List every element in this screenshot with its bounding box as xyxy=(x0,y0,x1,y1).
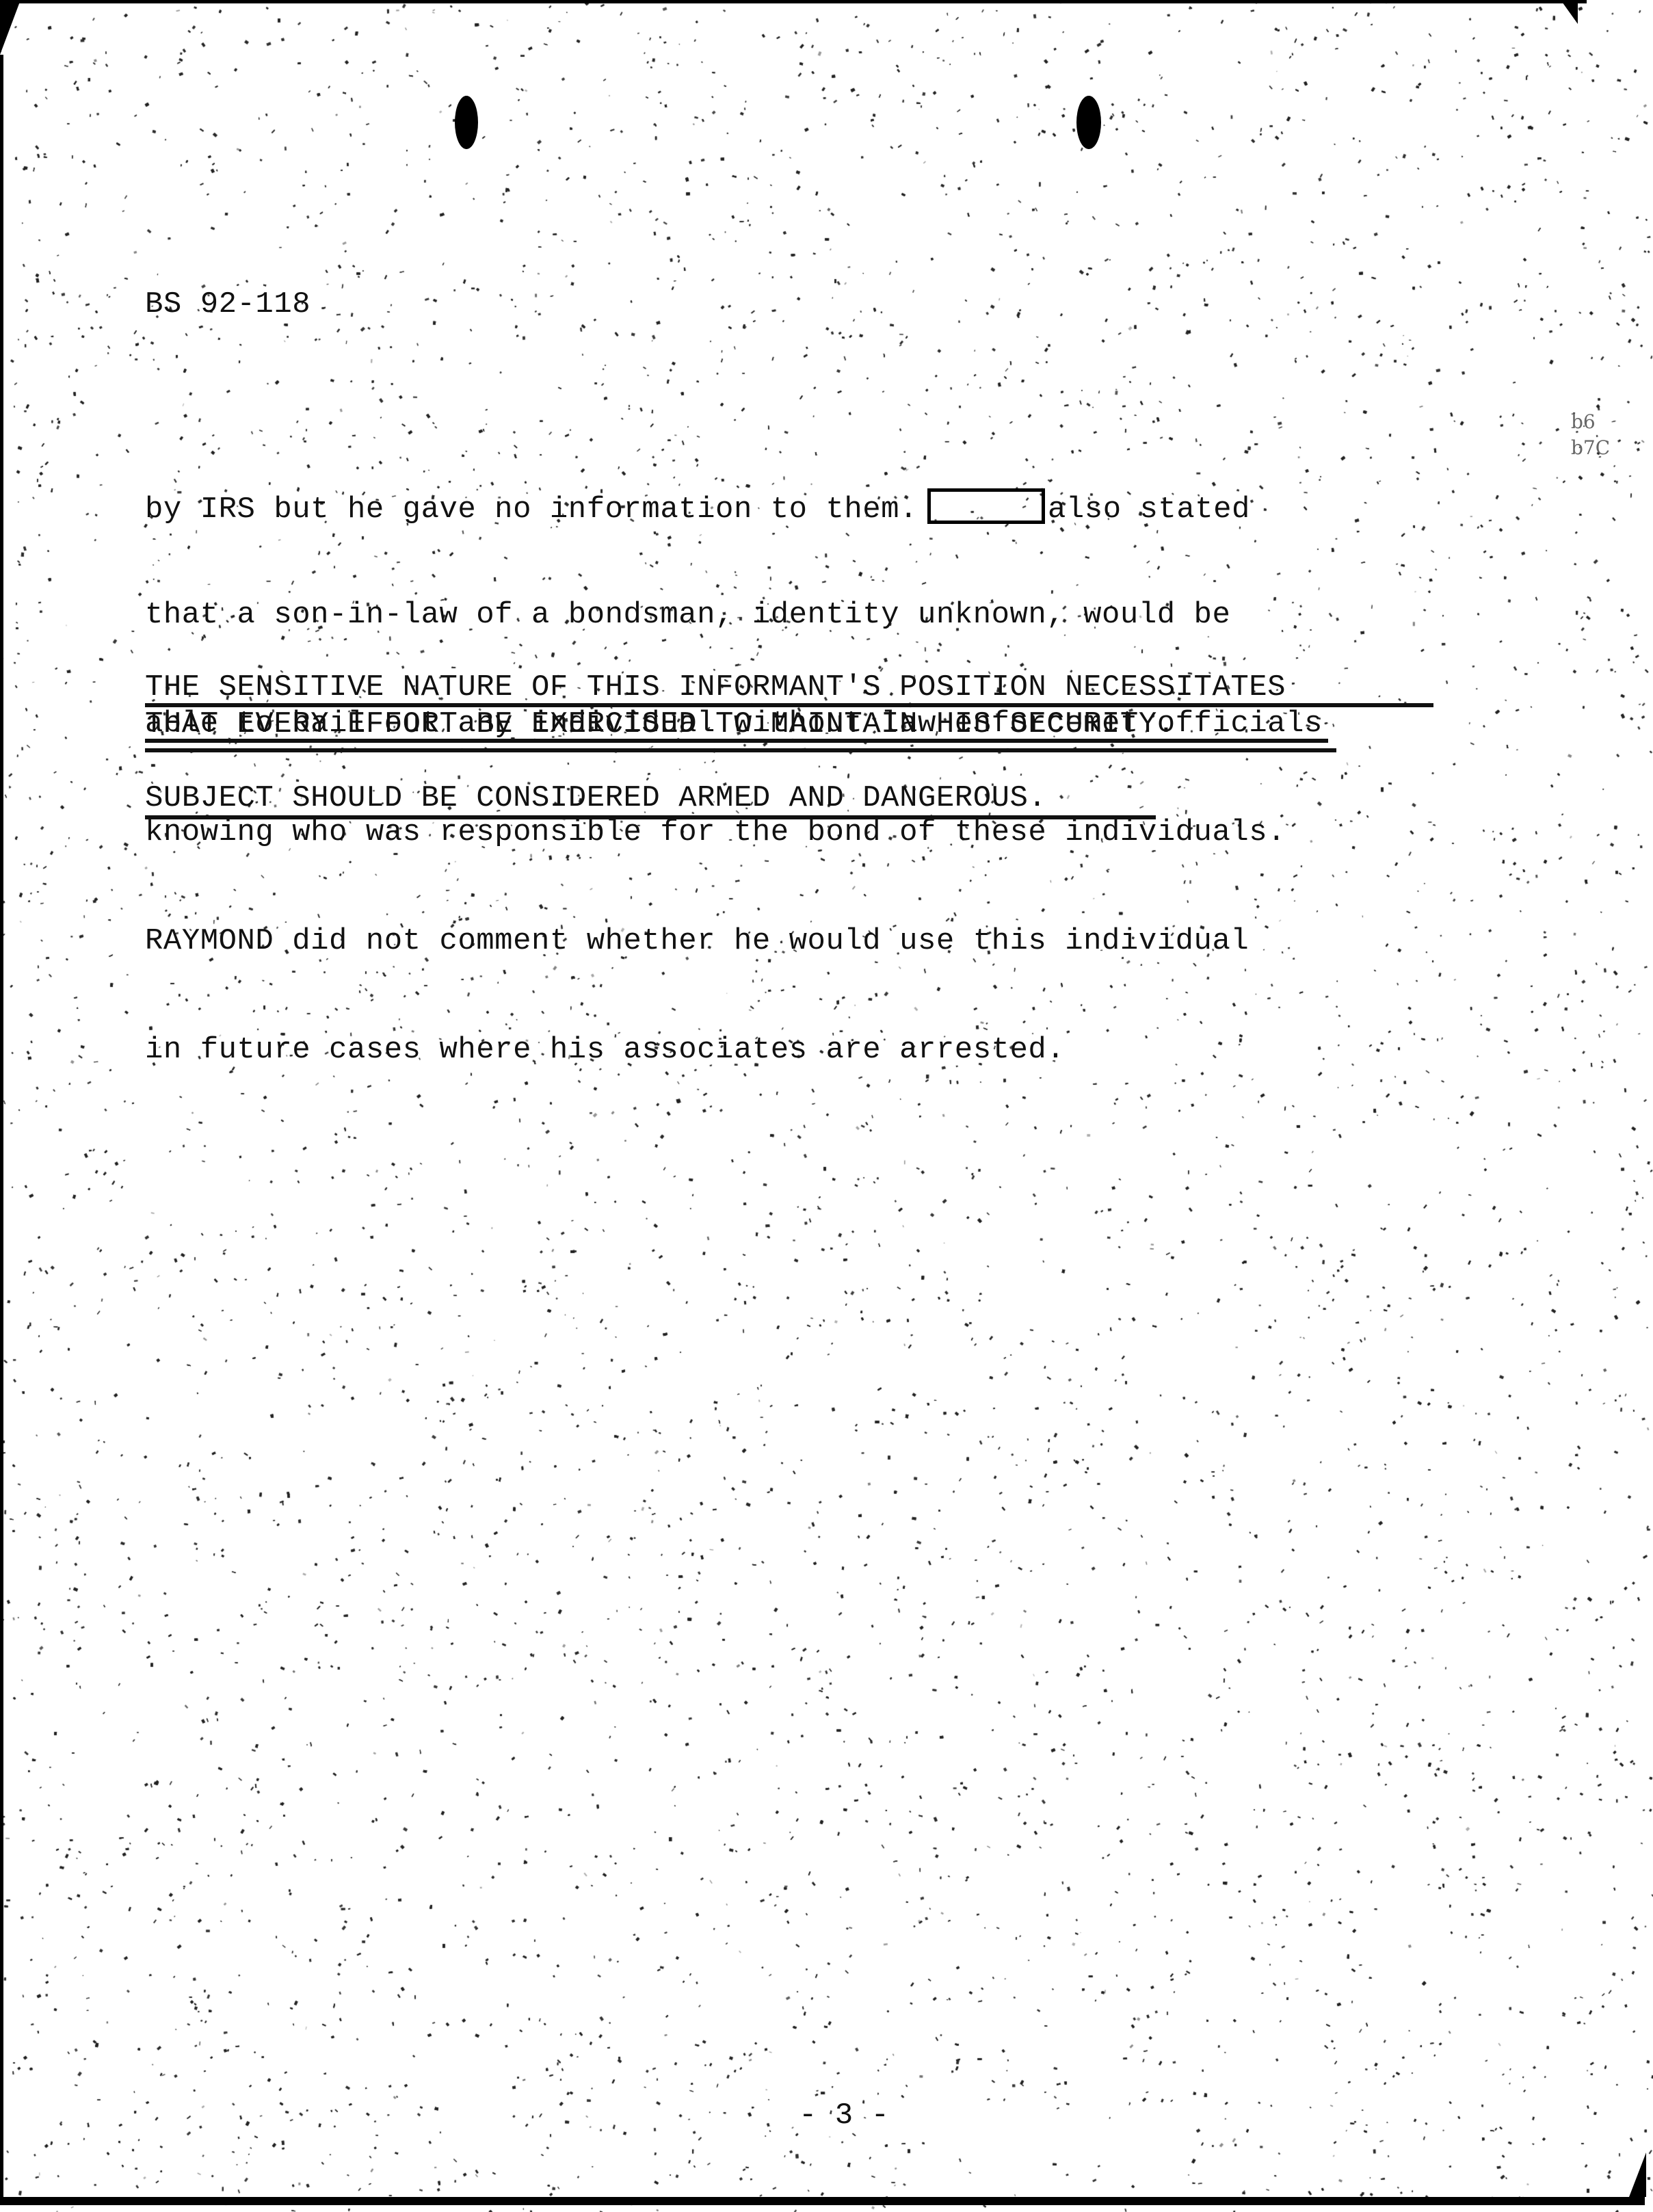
sensitivity-caveat-line-2: THAT EVERY EFFORT BE EXERCISED TO MAINTA… xyxy=(145,707,1176,741)
underline-rule xyxy=(145,748,1336,752)
body-line-text: by IRS but he gave no information to the… xyxy=(145,492,918,527)
body-line: knowing who was responsible for the bond… xyxy=(145,815,1323,851)
underline-rule xyxy=(145,739,1328,743)
scan-corner-top-left xyxy=(0,0,21,55)
sensitivity-caveat-line-1: THE SENSITIVE NATURE OF THIS INFORMANT'S… xyxy=(145,670,1286,705)
redaction-box xyxy=(927,488,1045,524)
punch-hole-right xyxy=(1076,96,1101,149)
page-number: - 3 - xyxy=(799,2098,889,2133)
body-line: RAYMOND did not comment whether he would… xyxy=(145,923,1323,960)
file-number: BS 92-118 xyxy=(145,287,310,321)
body-line-text: also stated xyxy=(1048,492,1250,527)
body-line: that a son-in-law of a bondsman, identit… xyxy=(145,597,1323,633)
exemption-code-b7c: b7C xyxy=(1571,435,1610,460)
scan-edge-left xyxy=(0,55,3,2202)
scanned-document-page: BS 92-118 by IRS but he gave no informat… xyxy=(0,0,1653,2212)
body-line: in future cases where his associates are… xyxy=(145,1032,1323,1068)
punch-hole-left xyxy=(455,96,478,149)
scan-corner-top-right xyxy=(1561,0,1578,24)
body-line: by IRS but he gave no information to the… xyxy=(145,488,1323,525)
armed-dangerous-caveat: SUBJECT SHOULD BE CONSIDERED ARMED AND D… xyxy=(145,781,1046,815)
underline-rule xyxy=(145,815,1156,819)
scan-edge-bottom xyxy=(0,2197,1645,2205)
body-paragraph: by IRS but he gave no information to the… xyxy=(145,416,1323,1141)
scan-corner-bottom-right xyxy=(1629,2152,1646,2197)
scan-edge-top xyxy=(14,0,1587,3)
exemption-code-b6: b6 xyxy=(1571,409,1596,434)
